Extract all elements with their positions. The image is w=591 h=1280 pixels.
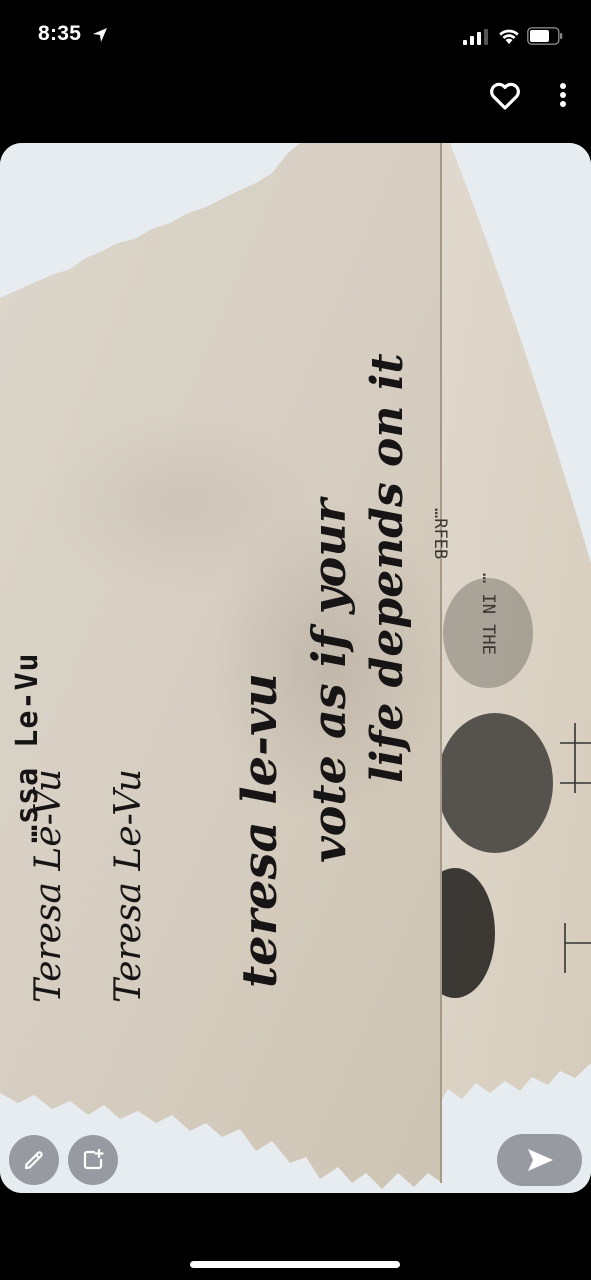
- calligraphy-line-1: teresa le-vu: [232, 673, 288, 988]
- add-sticker-icon: [81, 1148, 105, 1172]
- favorite-button[interactable]: [488, 80, 522, 112]
- wifi-icon: [497, 27, 521, 45]
- battery-icon: [527, 27, 563, 45]
- location-arrow-icon: [92, 27, 108, 43]
- calligraphy-line-2: vote as if your: [302, 499, 356, 863]
- add-sticker-button[interactable]: [68, 1135, 118, 1185]
- heart-icon: [488, 80, 522, 112]
- home-indicator[interactable]: [190, 1261, 400, 1268]
- photo-content[interactable]: …ssa Le-Vu Teresa Le-Vu Teresa Le-Vu ter…: [0, 143, 591, 1193]
- send-arrow-icon: [526, 1148, 554, 1172]
- send-button[interactable]: [497, 1134, 582, 1186]
- edit-button[interactable]: [9, 1135, 59, 1185]
- status-bar: 8:35: [0, 0, 591, 70]
- paper-scene-illustration: [0, 143, 591, 1193]
- back-paper-text-2: … IN THE: [478, 573, 498, 655]
- back-paper-text-1: …RFEB: [430, 508, 450, 559]
- calligraphy-line-3: life depends on it: [362, 353, 413, 783]
- status-time: 8:35: [38, 22, 81, 46]
- cellular-signal-icon: [463, 29, 489, 45]
- pencil-icon: [22, 1148, 46, 1172]
- more-options-button[interactable]: [552, 80, 572, 112]
- photo-preview-screen: 8:35: [0, 0, 591, 1280]
- signature-2: Teresa Le-Vu: [108, 769, 149, 1003]
- signature-1: Teresa Le-Vu: [28, 769, 69, 1003]
- vertical-ellipsis-icon: [552, 80, 572, 112]
